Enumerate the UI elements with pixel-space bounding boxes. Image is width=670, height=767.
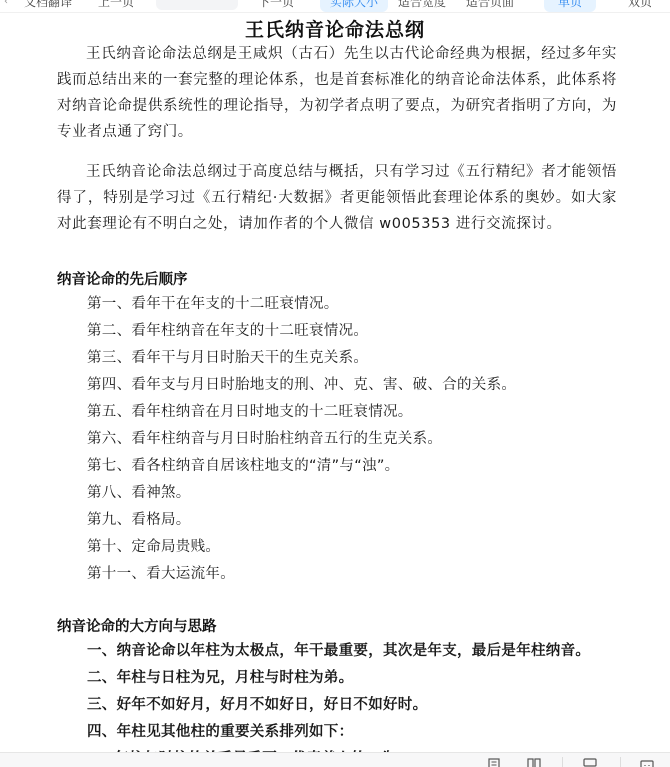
document-page: 王氏纳音论命法总纲 王氏纳音论命法总纲是王咸炽（古石）先生以古代论命经典为根据，…	[0, 12, 670, 752]
list-item: 第九、看格局。	[87, 507, 516, 534]
list-item: 第十、定命局贵贱。	[87, 534, 516, 561]
list-item: 第五、看年柱纳音在月日时地支的十二旺衰情况。	[87, 399, 516, 426]
list-item: 第一、看年干在年支的十二旺衰情况。	[87, 291, 516, 318]
two-page-view-icon[interactable]	[527, 758, 541, 767]
actual-size-button[interactable]: 实际大小	[320, 0, 388, 12]
document-title: 王氏纳音论命法总纲	[0, 15, 670, 42]
status-bar	[0, 752, 670, 767]
list-item: 第八、看神煞。	[87, 480, 516, 507]
list-item: 第二、看年柱纳音在年支的十二旺衰情况。	[87, 318, 516, 345]
previous-page-button[interactable]: 上一页	[98, 0, 134, 12]
divider	[562, 757, 563, 767]
translate-document-button[interactable]: 文档翻译	[24, 0, 72, 12]
double-page-button[interactable]: 双页	[628, 0, 652, 12]
single-page-view-icon[interactable]	[487, 758, 501, 767]
presentation-icon[interactable]	[640, 758, 654, 767]
order-list: 第一、看年干在年支的十二旺衰情况。 第二、看年柱纳音在年支的十二旺衰情况。 第三…	[87, 291, 516, 588]
list-item: 第七、看各柱纳音自居该柱地支的“清”与“浊”。	[87, 453, 516, 480]
next-page-button[interactable]: 下一页	[258, 0, 294, 12]
fit-page-button[interactable]: 适合页面	[466, 0, 514, 12]
list-item: 一、纳音论命以年柱为太极点，年干最重要，其次是年支，最后是年柱纳音。	[87, 638, 590, 665]
fit-width-button[interactable]: 适合宽度	[398, 0, 446, 12]
section-heading-order: 纳音论命的先后顺序	[57, 268, 188, 289]
page-number-input[interactable]	[156, 0, 238, 10]
section-heading-direction: 纳音论命的大方向与思路	[57, 615, 217, 636]
chevron-icon[interactable]: ‹	[4, 0, 8, 12]
list-item: 二、年柱与日柱为兄，月柱与时柱为弟。	[87, 665, 590, 692]
list-item: 第六、看年柱纳音与月日时胎柱纳音五行的生克关系。	[87, 426, 516, 453]
intro-paragraph-1: 王氏纳音论命法总纲是王咸炽（古石）先生以古代论命经典为根据，经过多年实践而总结出…	[57, 41, 617, 145]
continuous-scroll-icon[interactable]	[583, 758, 597, 767]
direction-list: 一、纳音论命以年柱为太极点，年干最重要，其次是年支，最后是年柱纳音。 二、年柱与…	[87, 638, 590, 767]
list-item: 四、年柱见其他柱的重要关系排列如下：	[87, 719, 590, 746]
list-item: 三、好年不如好月，好月不如好日，好日不如好时。	[87, 692, 590, 719]
list-item: 第三、看年干与月日时胎天干的生克关系。	[87, 345, 516, 372]
list-item: 第十一、看大运流年。	[87, 561, 516, 588]
intro-paragraph-2: 王氏纳音论命法总纲过于高度总结与概括，只有学习过《五行精纪》者才能领悟得了，特别…	[57, 159, 617, 237]
list-item: 第四、看年支与月日时胎地支的刑、冲、克、害、破、合的关系。	[87, 372, 516, 399]
divider	[620, 757, 621, 767]
single-page-button[interactable]: 单页	[544, 0, 596, 12]
